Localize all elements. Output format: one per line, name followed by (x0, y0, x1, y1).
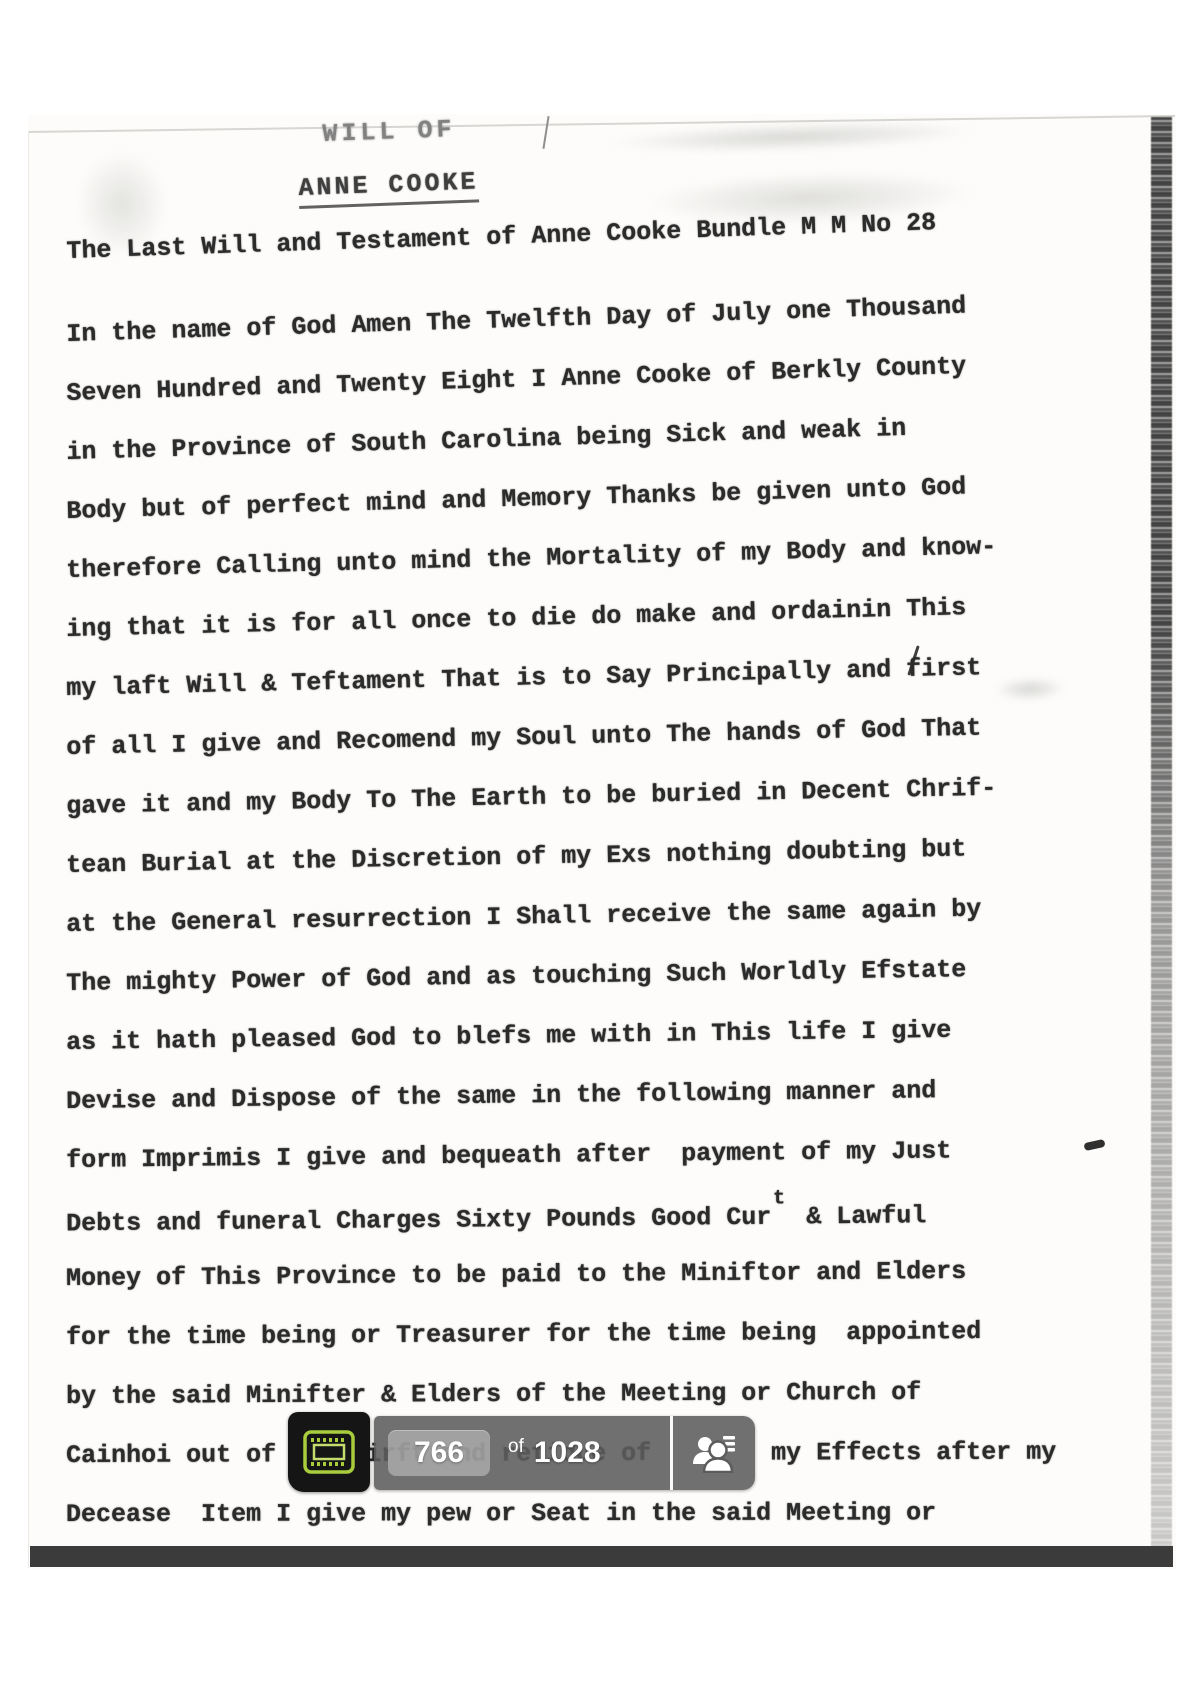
viewer-page: WILL OF ANNE COOKE The Last Will and Tes… (0, 0, 1200, 1698)
document-line: Debts and funeral Charges Sixty Pounds G… (66, 1197, 926, 1238)
image-index-group: 766 of 1028 (374, 1416, 670, 1490)
document-line: as it hath pleased God to blefs me with … (66, 1016, 951, 1057)
document-line: in the Province of South Carolina being … (66, 414, 907, 467)
filmstrip-icon (303, 1430, 355, 1474)
people-index-icon (690, 1433, 738, 1473)
document-line: my laft Will & Teftament That is to Say … (66, 653, 982, 703)
document-line: Seven Hundred and Twenty Eight I Anne Co… (66, 352, 967, 408)
image-index-input[interactable]: 766 (388, 1430, 490, 1476)
film-navigation-toolbar: 766 of 1028 (288, 1412, 755, 1492)
document-line: of all I give and Recomend my Soul unto … (66, 714, 982, 762)
document-line: tean Burial at the Discretion of my Exs … (66, 835, 967, 880)
document-title-line2: ANNE COOKE (298, 167, 479, 209)
document-line: for the time being or Treasurer for the … (66, 1317, 981, 1352)
document-title-line1: WILL OF (322, 115, 456, 149)
document-line: Money of This Province to be paid to the… (66, 1257, 966, 1293)
superscript-insertion: t (773, 1187, 785, 1210)
image-nav-bar: 766 of 1028 (374, 1416, 755, 1490)
document-line: Body but of perfect mind and Memory Than… (66, 472, 967, 525)
document-line: In the name of God Amen The Twelfth Day … (66, 292, 967, 349)
image-index-total: 1028 (534, 1436, 601, 1470)
document-line: form Imprimis I give and bequeath after … (66, 1136, 951, 1175)
document-line: The Last Will and Testament of Anne Cook… (66, 208, 937, 266)
document-line: therefore Calling unto mind the Mortalit… (66, 532, 997, 585)
film-strip-button[interactable] (288, 1412, 370, 1492)
document-line: by the said Minifter & Elders of the Mee… (66, 1378, 921, 1411)
document-line: ing that it is for all once to die do ma… (66, 593, 967, 644)
line-text: Debts and funeral Charges Sixty Pounds G… (66, 1203, 771, 1239)
document-line: The mighty Power of God and as touching … (66, 955, 966, 998)
people-index-button[interactable] (673, 1416, 755, 1490)
document-line: Decease Item I give my pew or Seat in th… (66, 1498, 936, 1529)
document-line: at the General resurrection I Shall rece… (66, 895, 982, 939)
document-line: Devise and Dispose of the same in the fo… (66, 1076, 936, 1116)
document-line: gave it and my Body To The Earth to be b… (66, 774, 997, 821)
image-index-of-label: of (508, 1436, 524, 1458)
line-text: & Lawful (791, 1201, 926, 1231)
